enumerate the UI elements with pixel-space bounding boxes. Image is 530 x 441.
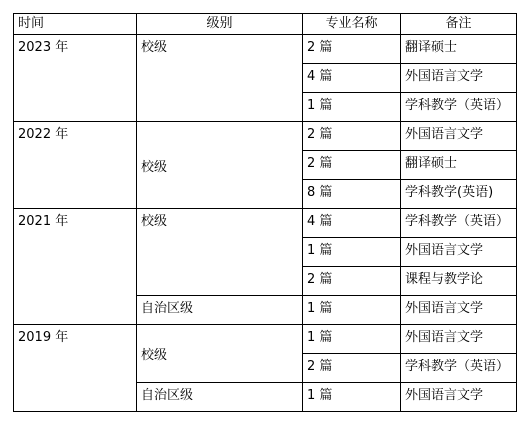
count-cell: 2 篇 bbox=[303, 151, 401, 180]
count-cell: 1 篇 bbox=[303, 296, 401, 325]
level-cell: 自治区级 bbox=[137, 383, 303, 412]
count-cell: 4 篇 bbox=[303, 64, 401, 93]
header-remark: 备注 bbox=[401, 14, 517, 35]
count-cell: 2 篇 bbox=[303, 35, 401, 64]
note-cell: 翻译硕士 bbox=[401, 35, 517, 64]
note-cell: 翻译硕士 bbox=[401, 151, 517, 180]
table-row: 2019 年 校级 1 篇 外国语言文学 bbox=[14, 325, 517, 354]
note-cell: 课程与教学论 bbox=[401, 267, 517, 296]
note-cell: 外国语言文学 bbox=[401, 64, 517, 93]
count-cell: 1 篇 bbox=[303, 93, 401, 122]
note-cell: 外国语言文学 bbox=[401, 383, 517, 412]
header-time: 时间 bbox=[14, 14, 137, 35]
year-cell: 2021 年 bbox=[14, 209, 137, 325]
header-level: 级别 bbox=[137, 14, 303, 35]
count-cell: 8 篇 bbox=[303, 180, 401, 209]
header-major: 专业名称 bbox=[303, 14, 401, 35]
count-cell: 2 篇 bbox=[303, 354, 401, 383]
count-cell: 4 篇 bbox=[303, 209, 401, 238]
table-row: 2023 年 校级 2 篇 翻译硕士 bbox=[14, 35, 517, 64]
level-cell: 自治区级 bbox=[137, 296, 303, 325]
awards-table: 时间 级别 专业名称 备注 2023 年 校级 2 篇 翻译硕士 4 篇 外国语… bbox=[13, 13, 517, 412]
level-cell: 校级 bbox=[137, 209, 303, 296]
count-cell: 1 篇 bbox=[303, 325, 401, 354]
level-cell: 校级 bbox=[137, 325, 303, 383]
level-cell: 校级 bbox=[137, 35, 303, 122]
level-cell: 校级 bbox=[137, 122, 303, 209]
note-cell: 外国语言文学 bbox=[401, 296, 517, 325]
header-row: 时间 级别 专业名称 备注 bbox=[14, 14, 517, 35]
note-cell: 学科教学(英语) bbox=[401, 180, 517, 209]
year-cell: 2023 年 bbox=[14, 35, 137, 122]
note-cell: 外国语言文学 bbox=[401, 238, 517, 267]
note-cell: 学科教学（英语） bbox=[401, 93, 517, 122]
table-row: 2022 年 校级 2 篇 外国语言文学 bbox=[14, 122, 517, 151]
note-cell: 学科教学（英语） bbox=[401, 209, 517, 238]
count-cell: 2 篇 bbox=[303, 122, 401, 151]
note-cell: 外国语言文学 bbox=[401, 122, 517, 151]
year-cell: 2022 年 bbox=[14, 122, 137, 209]
year-cell: 2019 年 bbox=[14, 325, 137, 412]
count-cell: 1 篇 bbox=[303, 238, 401, 267]
count-cell: 2 篇 bbox=[303, 267, 401, 296]
note-cell: 学科教学（英语） bbox=[401, 354, 517, 383]
note-cell: 外国语言文学 bbox=[401, 325, 517, 354]
count-cell: 1 篇 bbox=[303, 383, 401, 412]
table-row: 2021 年 校级 4 篇 学科教学（英语） bbox=[14, 209, 517, 238]
